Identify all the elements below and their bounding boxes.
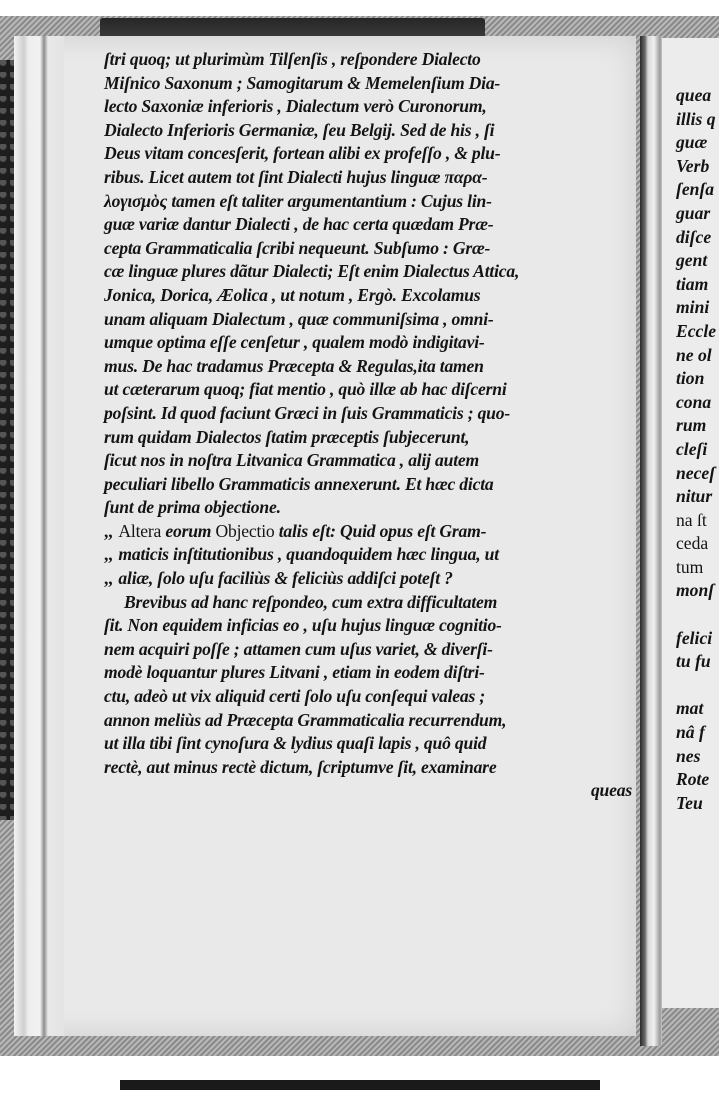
- quotation-mark: ,,: [104, 568, 112, 588]
- fragment-line: diſce: [676, 226, 716, 250]
- fragment-line: Teu: [676, 792, 716, 816]
- text-line: peculiari libello Grammaticis annexerunt…: [104, 473, 634, 497]
- fragment-line: Eccle: [676, 320, 716, 344]
- line-text: maticis inſtitutionibus , quandoquidem h…: [118, 544, 498, 564]
- line-text: annon meliùs ad Præcepta Grammaticalia r…: [104, 710, 506, 730]
- left-page-text: ſtri quoq; ut plurimùm Tilſenſis , reſpo…: [104, 48, 634, 803]
- fragment-line: tum: [676, 556, 716, 580]
- fragment-line: Rote: [676, 768, 716, 792]
- line-text: ut cæterarum quoq; fiat mentio , quò ill…: [104, 379, 507, 399]
- fragment-line: gent: [676, 249, 716, 273]
- text-line: λογισμὸς tamen eſt taliter argumentantiu…: [104, 190, 634, 214]
- line-text: λογισμὸς tamen eſt taliter argumentantiu…: [104, 191, 492, 211]
- bottom-edge-stain: [120, 1080, 600, 1090]
- line-text: Brevibus ad hanc reſpondeo, cum extra di…: [124, 592, 497, 612]
- text-line: umque optima eſſe cenſetur , qualem modò…: [104, 331, 634, 355]
- fragment-line: mat: [676, 697, 716, 721]
- fragment-line: Verb: [676, 155, 716, 179]
- fragment-line: ceda: [676, 532, 716, 556]
- text-line: ut illa tibi ſint cynoſura & lydius quaſ…: [104, 732, 634, 756]
- text-line: ſunt de prima objectione.: [104, 496, 634, 520]
- line-text: rectè, aut minus rectè dictum, ſcriptumv…: [104, 757, 496, 777]
- fragment-line: [676, 674, 716, 698]
- line-text: nem acquiri poſſe ; attamen cum uſus var…: [104, 639, 493, 659]
- text-line: ,,aliæ, ſolo uſu faciliùs & feliciùs add…: [104, 567, 634, 591]
- book-spine: [640, 36, 662, 1046]
- text-line: cepta Grammaticalia ſcribi nequeunt. Sub…: [104, 237, 634, 261]
- line-text: umque optima eſſe cenſetur , qualem modò…: [104, 332, 485, 352]
- roman-text: Objectio: [216, 521, 279, 541]
- line-text: cepta Grammaticalia ſcribi nequeunt. Sub…: [104, 238, 490, 258]
- fragment-line: tiam: [676, 273, 716, 297]
- line-text: cæ linguæ plures dãtur Dialecti; Eſt eni…: [104, 261, 519, 281]
- text-line: nem acquiri poſſe ; attamen cum uſus var…: [104, 638, 634, 662]
- fragment-line: illis q: [676, 108, 716, 132]
- page-fold-gutter: [14, 36, 64, 1036]
- line-text: lecto Saxoniæ inferioris , Dialectum ver…: [104, 96, 487, 116]
- text-line: ,,Altera eorum Objectio talis eſt: Quid …: [104, 520, 634, 544]
- text-line: Jonica, Dorica, Æolica , ut notum , Ergò…: [104, 284, 634, 308]
- text-line: Miſnico Saxonum ; Samogitarum & Memelenſ…: [104, 72, 634, 96]
- text-line: ſicut nos in noſtra Litvanica Grammatica…: [104, 449, 634, 473]
- line-text: rum quidam Dialectos ſtatim præceptis ſu…: [104, 427, 469, 447]
- line-text: ſicut nos in noſtra Litvanica Grammatica…: [104, 450, 479, 470]
- fragment-line: felici: [676, 627, 716, 651]
- fragment-line: nitur: [676, 485, 716, 509]
- text-line: ctu, adeò ut vix aliquid certi ſolo uſu …: [104, 685, 634, 709]
- line-text: ribus. Licet autem tot ſint Dialecti huj…: [104, 167, 487, 187]
- text-line: ,,maticis inſtitutionibus , quandoquidem…: [104, 543, 634, 567]
- fragment-line: ne ol: [676, 344, 716, 368]
- line-text: Dialecto Inferioris Germaniæ, ſeu Belgij…: [104, 120, 494, 140]
- text-line: Deus vitam concesſerit, fortean alibi ex…: [104, 142, 634, 166]
- text-line: rum quidam Dialectos ſtatim præceptis ſu…: [104, 426, 634, 450]
- text-line: rectè, aut minus rectè dictum, ſcriptumv…: [104, 756, 634, 780]
- roman-text: Altera: [118, 521, 165, 541]
- text-line: ut cæterarum quoq; fiat mentio , quò ill…: [104, 378, 634, 402]
- line-text: peculiari libello Grammaticis annexerunt…: [104, 474, 493, 494]
- fragment-line: nes: [676, 745, 716, 769]
- fragment-line: tu fu: [676, 650, 716, 674]
- quotation-mark: ,,: [104, 544, 112, 564]
- right-page: queaillis qguæVerbſenſaguardiſcegenttiam…: [662, 38, 719, 1008]
- line-text: unam aliquam Dialectum , quæ communiſsim…: [104, 309, 494, 329]
- text-line: cæ linguæ plures dãtur Dialecti; Eſt eni…: [104, 260, 634, 284]
- quotation-mark: ,,: [104, 521, 112, 541]
- line-text: Deus vitam concesſerit, fortean alibi ex…: [104, 143, 500, 163]
- fragment-line: guar: [676, 202, 716, 226]
- line-text: Miſnico Saxonum ; Samogitarum & Memelenſ…: [104, 73, 500, 93]
- fragment-line: na ſt: [676, 509, 716, 533]
- fragment-line: neceſ: [676, 462, 716, 486]
- right-page-text: queaillis qguæVerbſenſaguardiſcegenttiam…: [676, 84, 716, 815]
- text-line: Dialecto Inferioris Germaniæ, ſeu Belgij…: [104, 119, 634, 143]
- line-text: talis eſt: Quid opus eſt Gram-: [279, 521, 487, 541]
- line-text: ut illa tibi ſint cynoſura & lydius quaſ…: [104, 733, 486, 753]
- text-line: ſtri quoq; ut plurimùm Tilſenſis , reſpo…: [104, 48, 634, 72]
- fragment-line: tion: [676, 367, 716, 391]
- text-line: guæ variæ dantur Dialecti , de hac certa…: [104, 213, 634, 237]
- text-line: modè loquantur plures Litvani , etiam in…: [104, 661, 634, 685]
- fragment-line: guæ: [676, 131, 716, 155]
- fragment-line: mini: [676, 296, 716, 320]
- text-line: ribus. Licet autem tot ſint Dialecti huj…: [104, 166, 634, 190]
- line-text: Jonica, Dorica, Æolica , ut notum , Ergò…: [104, 285, 480, 305]
- fragment-line: [676, 603, 716, 627]
- line-text: poſsint. Id quod faciunt Græci in ſuis G…: [104, 403, 510, 423]
- fragment-line: cona: [676, 391, 716, 415]
- text-line: Brevibus ad hanc reſpondeo, cum extra di…: [104, 591, 634, 615]
- fragment-line: quea: [676, 84, 716, 108]
- fragment-line: rum: [676, 414, 716, 438]
- text-line: ſit. Non equidem inficias eo , uſu hujus…: [104, 614, 634, 638]
- text-line: annon meliùs ad Præcepta Grammaticalia r…: [104, 709, 634, 733]
- text-line: poſsint. Id quod faciunt Græci in ſuis G…: [104, 402, 634, 426]
- line-text: ctu, adeò ut vix aliquid certi ſolo uſu …: [104, 686, 485, 706]
- line-text: ſunt de prima objectione.: [104, 497, 281, 517]
- line-text: aliæ, ſolo uſu faciliùs & feliciùs addiſ…: [118, 568, 452, 588]
- text-line: mus. De hac tradamus Præcepta & Regulas,…: [104, 355, 634, 379]
- line-text: eorum: [165, 521, 215, 541]
- line-text: ſtri quoq; ut plurimùm Tilſenſis , reſpo…: [104, 49, 481, 69]
- text-line: queas: [104, 779, 634, 803]
- line-text: modè loquantur plures Litvani , etiam in…: [104, 662, 485, 682]
- line-text: mus. De hac tradamus Præcepta & Regulas,…: [104, 356, 484, 376]
- fragment-line: nâ f: [676, 721, 716, 745]
- fragment-line: monſ: [676, 579, 716, 603]
- fragment-line: cleſi: [676, 438, 716, 462]
- text-line: lecto Saxoniæ inferioris , Dialectum ver…: [104, 95, 634, 119]
- text-line: unam aliquam Dialectum , quæ communiſsim…: [104, 308, 634, 332]
- line-text: queas: [591, 780, 632, 800]
- fragment-line: ſenſa: [676, 178, 716, 202]
- line-text: guæ variæ dantur Dialecti , de hac certa…: [104, 214, 493, 234]
- line-text: ſit. Non equidem inficias eo , uſu hujus…: [104, 615, 502, 635]
